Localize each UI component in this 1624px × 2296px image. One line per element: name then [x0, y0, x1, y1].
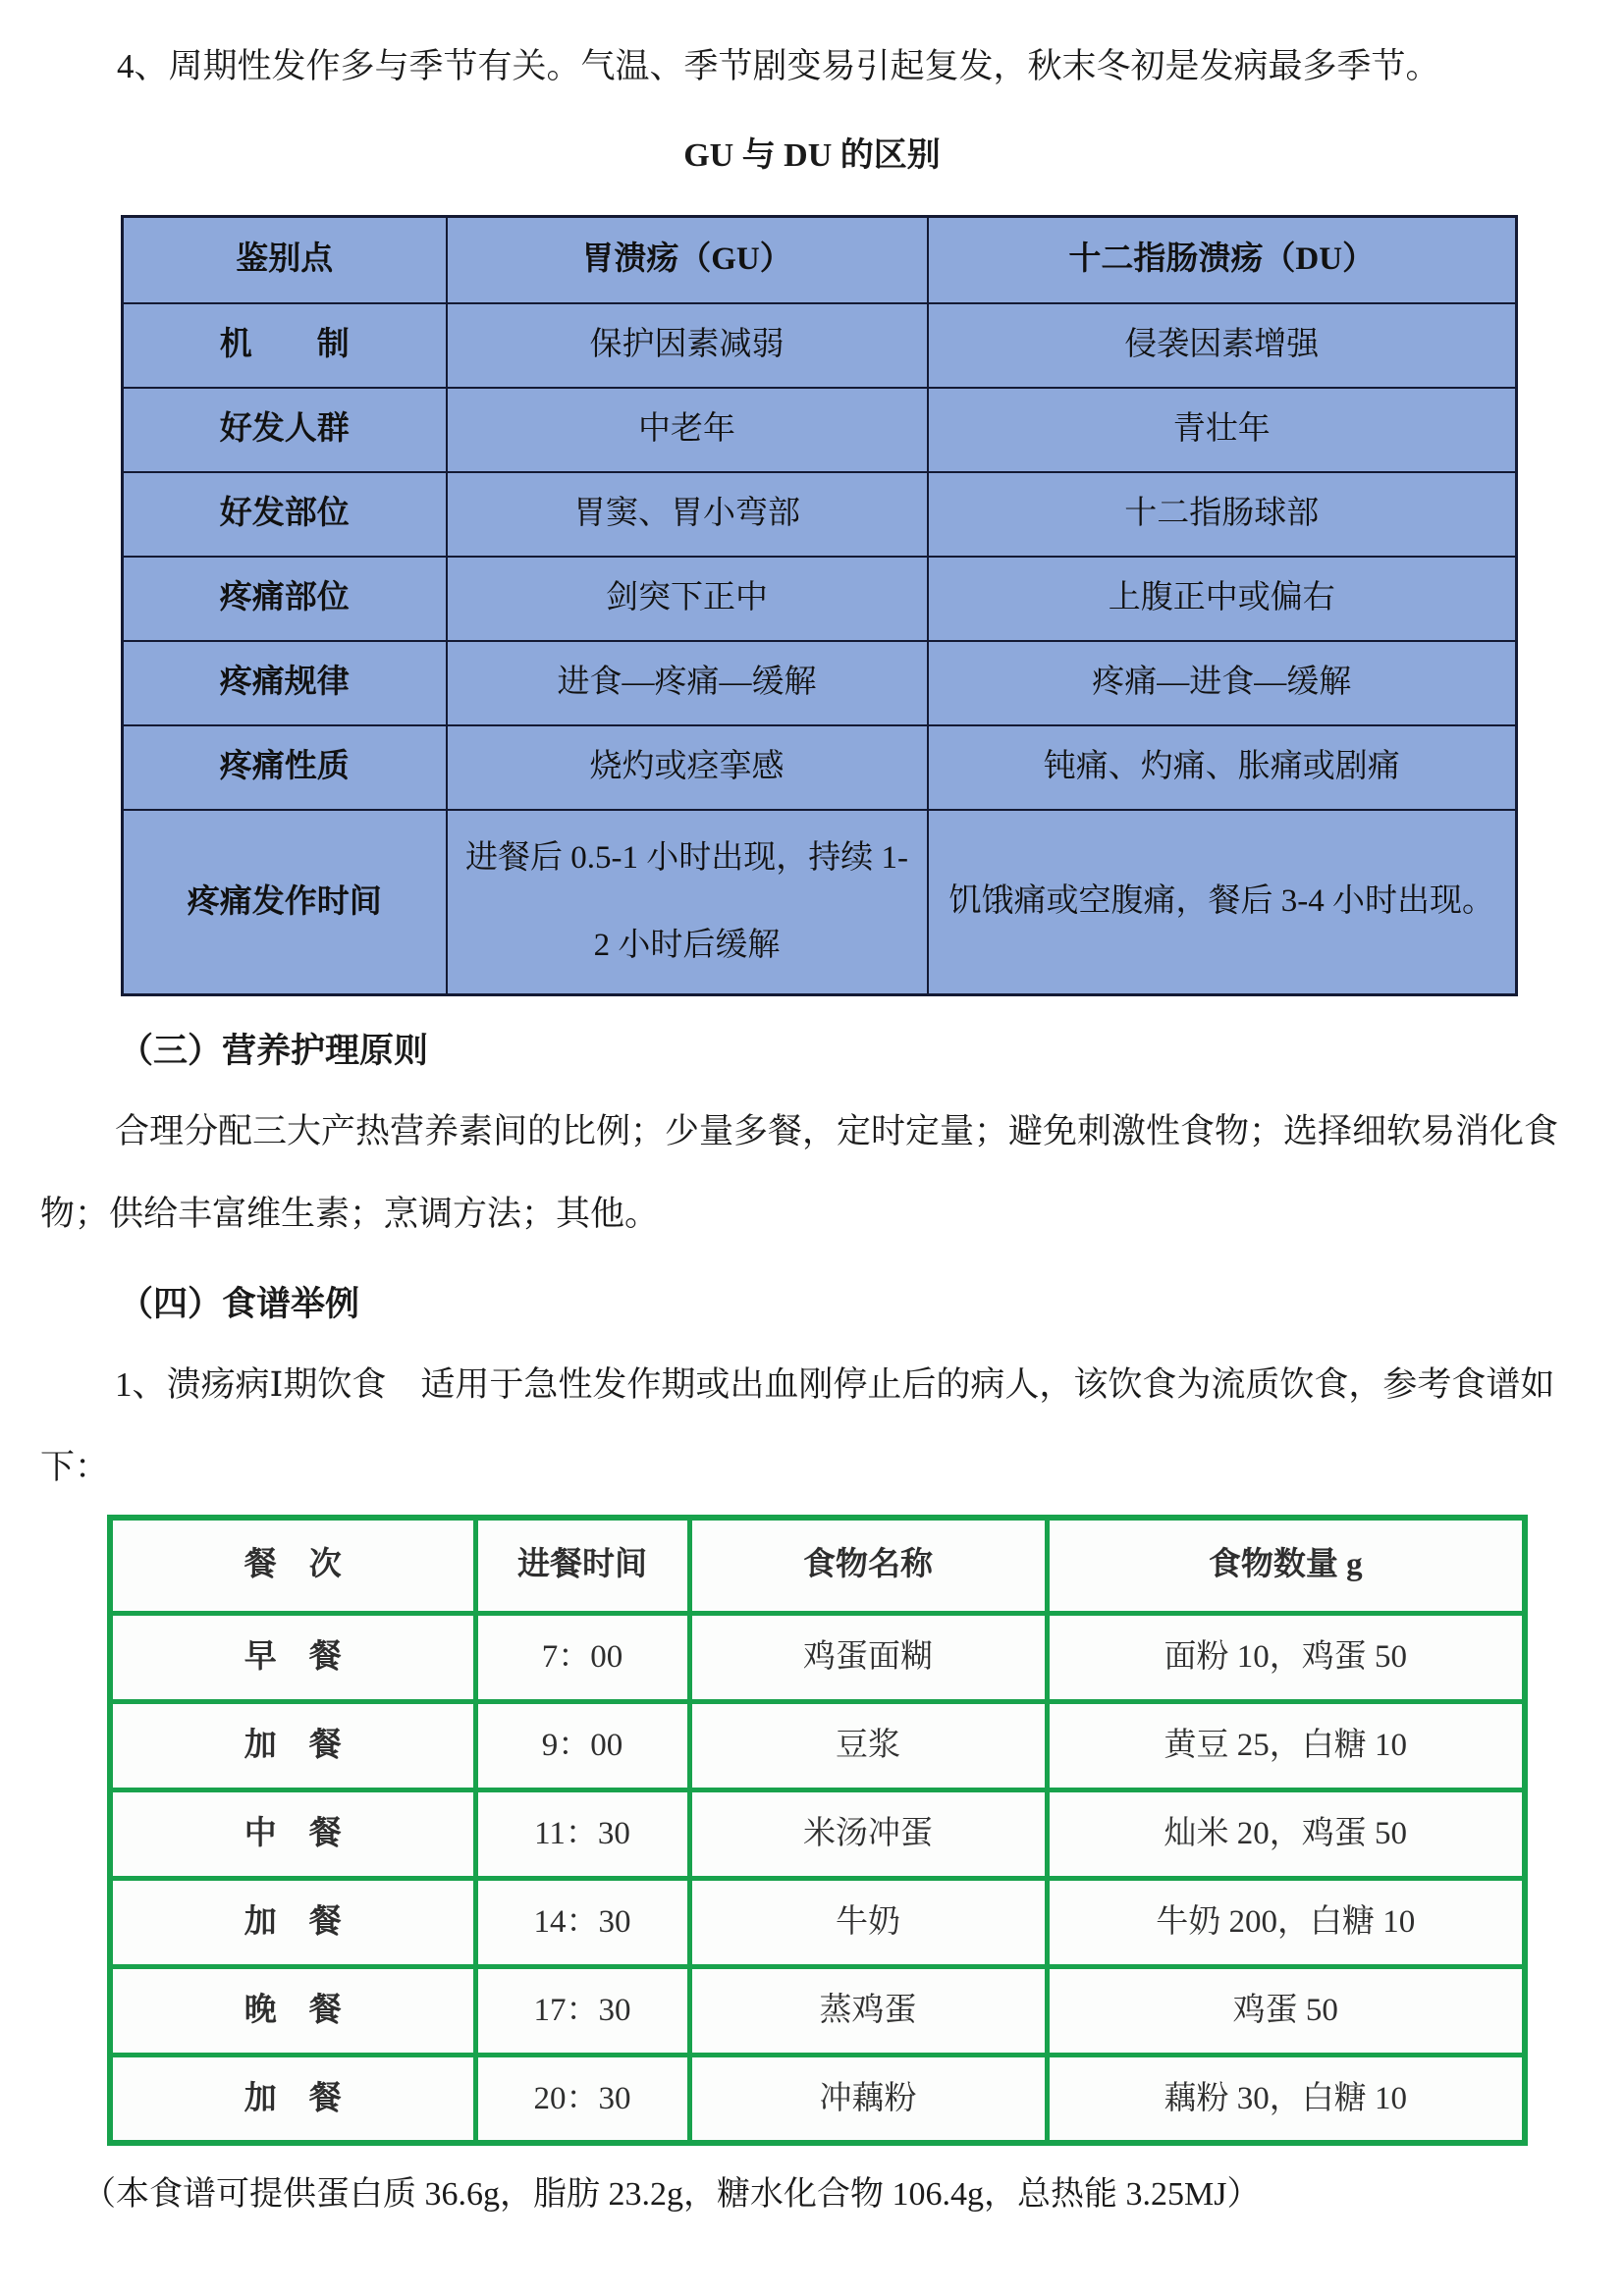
diet-header-time: 进餐时间	[475, 1518, 689, 1614]
meal-cell: 早 餐	[110, 1613, 475, 1701]
row-label-cell: 机 制	[123, 303, 447, 388]
table-row: 机 制 保护因素减弱 侵袭因素增强	[123, 303, 1517, 388]
diet-header-amount: 食物数量 g	[1047, 1518, 1525, 1614]
gu-du-header-row: 鉴别点 胃溃疡（GU） 十二指肠溃疡（DU）	[123, 216, 1517, 303]
gu-value-cell: 中老年	[447, 388, 928, 472]
du-value-cell: 青壮年	[928, 388, 1517, 472]
row-label-cell: 疼痛性质	[123, 725, 447, 810]
diet-header-meal: 餐 次	[110, 1518, 475, 1614]
time-cell: 17：30	[475, 1966, 689, 2055]
table-title: GU 与 DU 的区别	[0, 128, 1624, 176]
du-value-cell: 侵袭因素增强	[928, 303, 1517, 388]
intro-paragraph: 4、周期性发作多与季节有关。气温、季节剧变易引起复发，秋末冬初是发病最多季节。	[0, 0, 1624, 88]
table-row: 中 餐 11：30 米汤冲蛋 灿米 20，鸡蛋 50	[110, 1789, 1525, 1878]
diet-schedule-table: 餐 次 进餐时间 食物名称 食物数量 g 早 餐 7：00 鸡蛋面糊 面粉 10…	[107, 1515, 1528, 2147]
du-value-cell: 十二指肠球部	[928, 472, 1517, 557]
amount-cell: 灿米 20，鸡蛋 50	[1047, 1789, 1525, 1878]
food-cell: 牛奶	[689, 1878, 1047, 1966]
du-value-cell: 钝痛、灼痛、胀痛或剧痛	[928, 725, 1517, 810]
table-row: 加 餐 14：30 牛奶 牛奶 200，白糖 10	[110, 1878, 1525, 1966]
time-cell: 11：30	[475, 1789, 689, 1878]
table-row: 疼痛性质 烧灼或痉挛感 钝痛、灼痛、胀痛或剧痛	[123, 725, 1517, 810]
table-row: 好发人群 中老年 青壮年	[123, 388, 1517, 472]
amount-cell: 黄豆 25，白糖 10	[1047, 1701, 1525, 1789]
time-cell: 20：30	[475, 2055, 689, 2143]
food-cell: 豆浆	[689, 1701, 1047, 1789]
table-row: 加 餐 20：30 冲藕粉 藕粉 30，白糖 10	[110, 2055, 1525, 2143]
du-value-cell: 疼痛—进食—缓解	[928, 641, 1517, 725]
recipes-paragraph: 1、溃疡病Ⅰ期饮食 适用于急性发作期或出血刚停止后的病人，该饮食为流质饮食，参考…	[40, 1344, 1561, 1509]
gu-du-comparison-table: 鉴别点 胃溃疡（GU） 十二指肠溃疡（DU） 机 制 保护因素减弱 侵袭因素增强…	[121, 215, 1518, 997]
meal-cell: 加 餐	[110, 2055, 475, 2143]
gu-value-cell: 保护因素减弱	[447, 303, 928, 388]
row-label-cell: 好发人群	[123, 388, 447, 472]
row-label-cell: 疼痛规律	[123, 641, 447, 725]
section-heading-nutrition: （三）营养护理原则	[119, 1030, 1624, 1073]
amount-cell: 牛奶 200，白糖 10	[1047, 1878, 1525, 1966]
amount-cell: 面粉 10，鸡蛋 50	[1047, 1613, 1525, 1701]
food-cell: 冲藕粉	[689, 2055, 1047, 2143]
recipe-nutrition-footnote: （本食谱可提供蛋白质 36.6g，脂肪 23.2g，糖水化合物 106.4g，总…	[82, 2173, 1561, 2216]
table-row: 疼痛规律 进食—疼痛—缓解 疼痛—进食—缓解	[123, 641, 1517, 725]
time-cell: 9：00	[475, 1701, 689, 1789]
table-row: 早 餐 7：00 鸡蛋面糊 面粉 10，鸡蛋 50	[110, 1613, 1525, 1701]
table-row: 晚 餐 17：30 蒸鸡蛋 鸡蛋 50	[110, 1966, 1525, 2055]
gu-value-cell: 剑突下正中	[447, 557, 928, 641]
meal-cell: 加 餐	[110, 1701, 475, 1789]
gu-value-cell: 进食—疼痛—缓解	[447, 641, 928, 725]
time-cell: 7：00	[475, 1613, 689, 1701]
table-row: 加 餐 9：00 豆浆 黄豆 25，白糖 10	[110, 1701, 1525, 1789]
diet-header-row: 餐 次 进餐时间 食物名称 食物数量 g	[110, 1518, 1525, 1614]
amount-cell: 藕粉 30，白糖 10	[1047, 2055, 1525, 2143]
row-label-cell: 疼痛发作时间	[123, 810, 447, 995]
table-row: 好发部位 胃窦、胃小弯部 十二指肠球部	[123, 472, 1517, 557]
nutrition-paragraph: 合理分配三大产热营养素间的比例；少量多餐，定时定量；避免刺激性食物；选择细软易消…	[40, 1091, 1561, 1255]
gu-du-header-gu: 胃溃疡（GU）	[447, 216, 928, 303]
gu-value-cell: 胃窦、胃小弯部	[447, 472, 928, 557]
meal-cell: 中 餐	[110, 1789, 475, 1878]
gu-du-header-du: 十二指肠溃疡（DU）	[928, 216, 1517, 303]
time-cell: 14：30	[475, 1878, 689, 1966]
meal-cell: 晚 餐	[110, 1966, 475, 2055]
food-cell: 鸡蛋面糊	[689, 1613, 1047, 1701]
du-value-cell: 饥饿痛或空腹痛，餐后 3-4 小时出现。	[928, 810, 1517, 995]
food-cell: 米汤冲蛋	[689, 1789, 1047, 1878]
diet-header-food: 食物名称	[689, 1518, 1047, 1614]
du-value-cell: 上腹正中或偏右	[928, 557, 1517, 641]
table-row: 疼痛发作时间 进餐后 0.5-1 小时出现，持续 1-2 小时后缓解 饥饿痛或空…	[123, 810, 1517, 995]
amount-cell: 鸡蛋 50	[1047, 1966, 1525, 2055]
gu-value-cell: 进餐后 0.5-1 小时出现，持续 1-2 小时后缓解	[447, 810, 928, 995]
row-label-cell: 好发部位	[123, 472, 447, 557]
food-cell: 蒸鸡蛋	[689, 1966, 1047, 2055]
table-row: 疼痛部位 剑突下正中 上腹正中或偏右	[123, 557, 1517, 641]
gu-value-cell: 烧灼或痉挛感	[447, 725, 928, 810]
section-heading-recipes: （四）食谱举例	[119, 1283, 1624, 1326]
gu-du-header-criterion: 鉴别点	[123, 216, 447, 303]
row-label-cell: 疼痛部位	[123, 557, 447, 641]
meal-cell: 加 餐	[110, 1878, 475, 1966]
